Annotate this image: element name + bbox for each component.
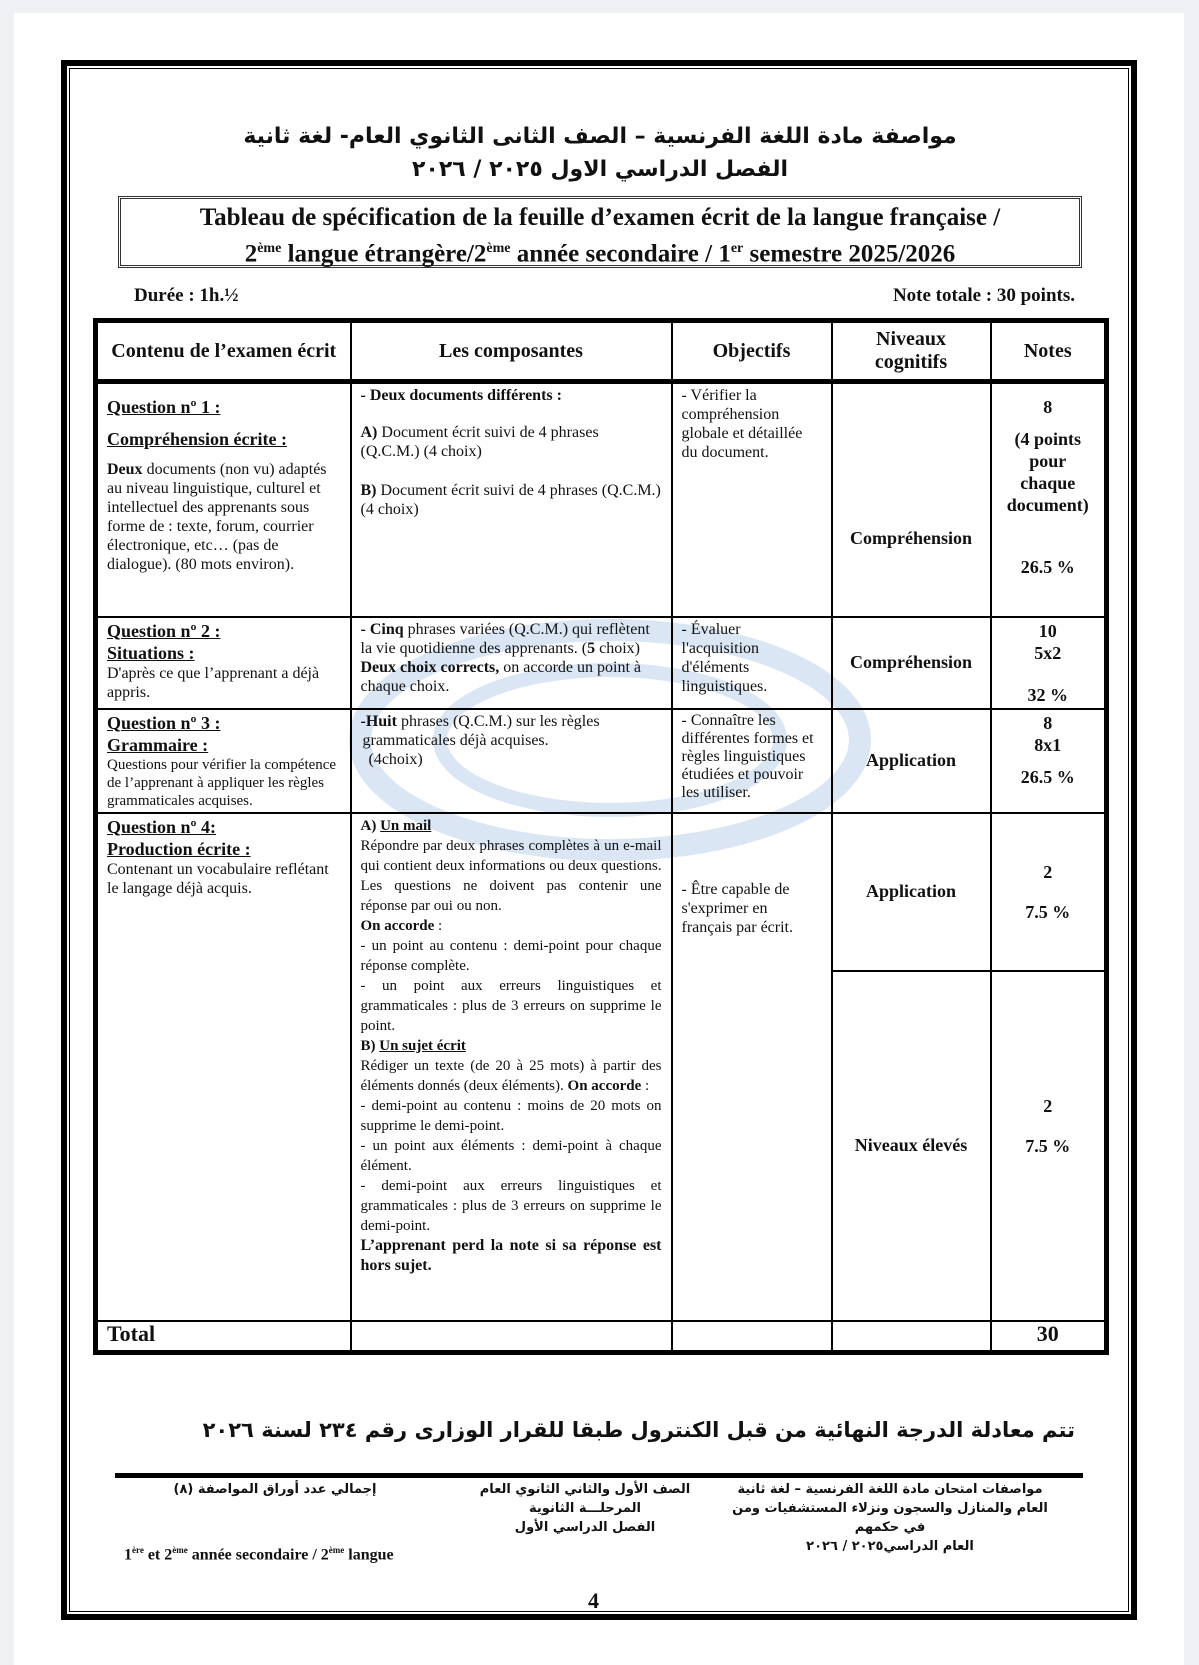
- specification-table: Contenu de l’examen écrit Les composante…: [93, 318, 1109, 1355]
- components-cell: - Cinq phrases variées (Q.C.M.) qui refl…: [351, 617, 672, 709]
- table-row: Question nº 1 : Compréhension écrite : D…: [96, 382, 1107, 617]
- notes-cell: 8 8x1 26.5 %: [991, 709, 1107, 813]
- level-cell: Compréhension: [832, 617, 991, 709]
- column-header: Notes: [991, 321, 1107, 382]
- french-title-line2: 2ème langue étrangère/2ème année seconda…: [121, 233, 1079, 269]
- french-title-line1: Tableau de spécification de la feuille d…: [121, 202, 1079, 233]
- notes-cell: 2 7.5 %: [991, 971, 1107, 1321]
- question-title: Question nº 1 :: [107, 396, 341, 418]
- total-label: Total: [96, 1321, 351, 1353]
- table-header-row: Contenu de l’examen écrit Les composante…: [96, 321, 1107, 382]
- content-cell: Question nº 4: Production écrite : Conte…: [96, 813, 351, 1321]
- table-row: Question nº 2 : Situations : D'après ce …: [96, 617, 1107, 709]
- footer-right: مواصفات امتحان مادة اللغة الفرنسية – لغة…: [730, 1480, 1050, 1556]
- notes-cell: 8 (4 points pour chaque document) 26.5 %: [991, 382, 1107, 617]
- footer-rule: [115, 1473, 1083, 1478]
- components-cell: - Deux documents différents : A) Documen…: [351, 382, 672, 617]
- arabic-note: تتم معادلة الدرجة النهائية من قبل الكنتر…: [100, 1418, 1075, 1442]
- duration: Durée : 1h.½: [134, 285, 238, 307]
- column-header: Objectifs: [672, 321, 832, 382]
- components-cell: A) Un mail Répondre par deux phrases com…: [351, 813, 672, 1321]
- footer-center: الصف الأول والثاني الثانوي العام المرحلـ…: [455, 1480, 715, 1537]
- table-row: Question nº 3 : Grammaire : Questions po…: [96, 709, 1107, 813]
- level-cell: Application: [832, 709, 991, 813]
- french-title-box: Tableau de spécification de la feuille d…: [118, 196, 1082, 268]
- content-text: Deux documents (non vu) adaptés au nivea…: [107, 460, 341, 574]
- notes-cell: 10 5x2 32 %: [991, 617, 1107, 709]
- table-row: Question nº 4: Production écrite : Conte…: [96, 813, 1107, 971]
- objective-cell: - Connaître les différentes formes et rè…: [672, 709, 832, 813]
- page-number: 4: [588, 1588, 599, 1614]
- column-header: Contenu de l’examen écrit: [96, 321, 351, 382]
- objective-cell: - Être capable de s'exprimer en français…: [672, 813, 832, 1321]
- objective-cell: - Évaluer l'acquisition d'éléments lingu…: [672, 617, 832, 709]
- column-header: Les composantes: [351, 321, 672, 382]
- level-cell: Compréhension: [832, 382, 991, 617]
- objective-cell: - Vérifier la compréhension globale et d…: [672, 382, 832, 617]
- content-cell: Question nº 1 : Compréhension écrite : D…: [96, 382, 351, 617]
- total-row: Total 30: [96, 1321, 1107, 1353]
- total-note: Note totale : 30 points.: [893, 285, 1075, 307]
- content-cell: Question nº 2 : Situations : D'après ce …: [96, 617, 351, 709]
- footer-french-line: 1ère et 2ème année secondaire / 2ème lan…: [124, 1545, 394, 1564]
- components-cell: -Huit phrases (Q.C.M.) sur les règles gr…: [351, 709, 672, 813]
- notes-cell: 2 7.5 %: [991, 813, 1107, 971]
- level-cell: Application: [832, 813, 991, 971]
- footer-left: إجمالي عدد أوراق المواصفة (٨): [150, 1480, 400, 1499]
- column-header: Niveaux cognitifs: [832, 321, 991, 382]
- section-title: Compréhension écrite :: [107, 428, 341, 450]
- level-cell: Niveaux élevés: [832, 971, 991, 1321]
- arabic-title-line2: الفصل الدراسي الاول ٢٠٢٥ / ٢٠٢٦: [140, 157, 1060, 182]
- arabic-title-line1: مواصفة مادة اللغة الفرنسية – الصف الثانى…: [140, 124, 1060, 149]
- content-cell: Question nº 3 : Grammaire : Questions po…: [96, 709, 351, 813]
- total-value: 30: [991, 1321, 1107, 1353]
